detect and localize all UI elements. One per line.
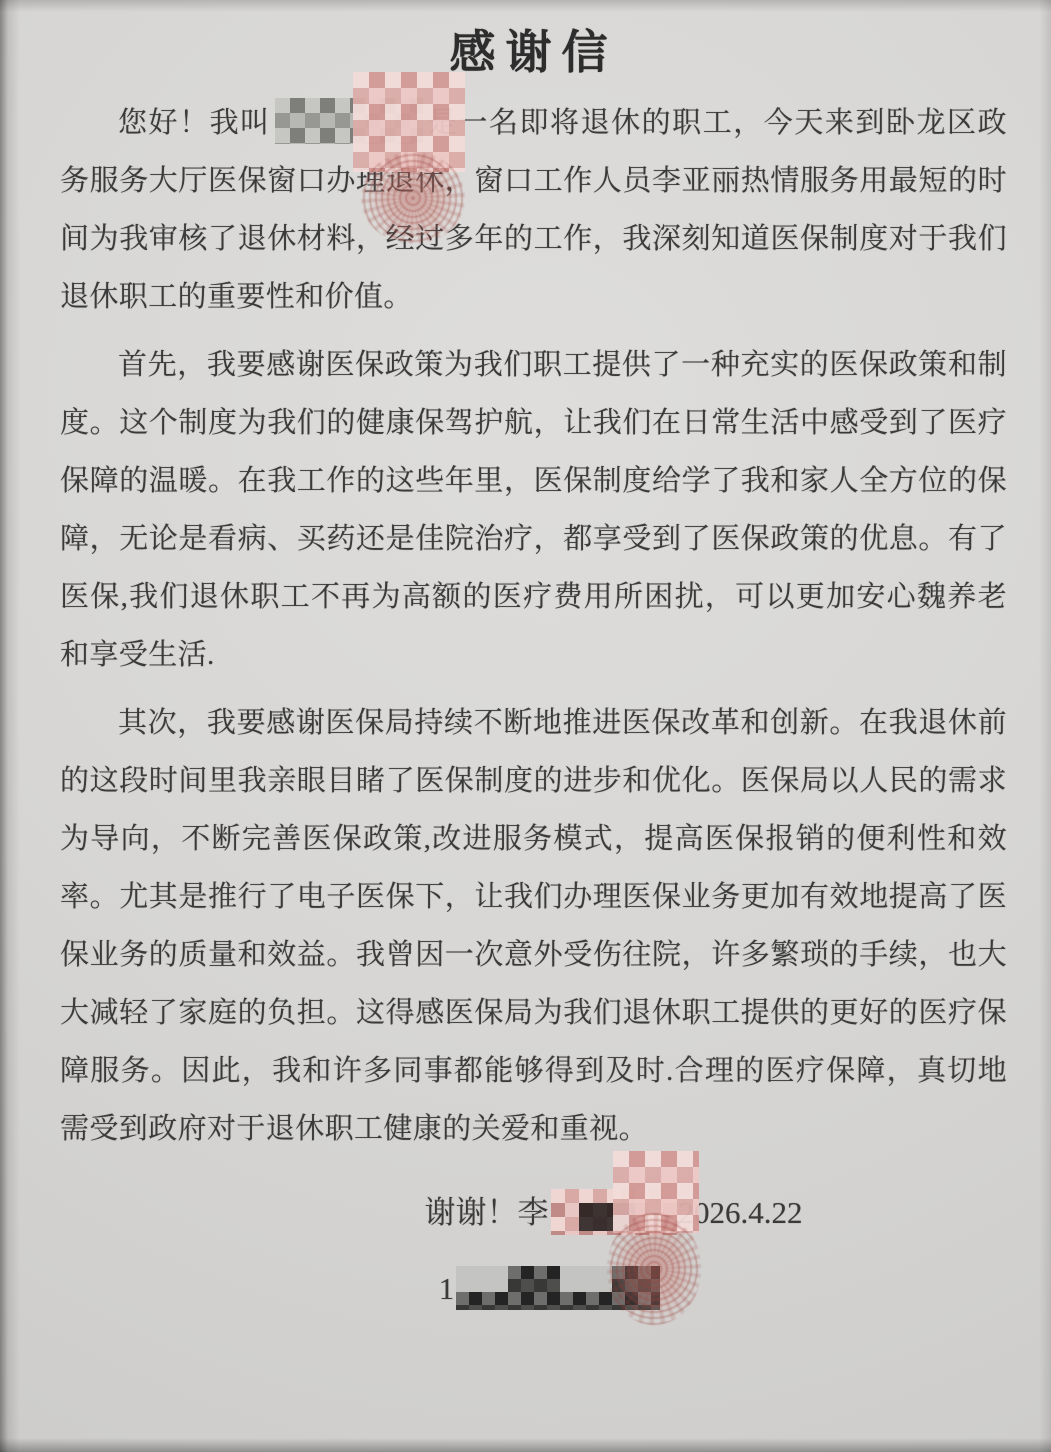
redacted-signature-name-mosaic <box>551 1189 677 1235</box>
redacted-name-mosaic <box>275 98 423 144</box>
paragraph-first-thanks: 首先，我要感谢医保政策为我们职工提供了一种充实的医保政策和制度。这个制度为我们的… <box>60 336 1007 684</box>
redacted-phone-mosaic <box>456 1266 660 1310</box>
greeting-text-before-name: 您好！我叫 <box>118 107 271 139</box>
signature-date: 2026.4.22 <box>679 1195 803 1230</box>
letter-content: 感谢信 您好！我叫是一名即将退休的职工，今天来到卧龙区政务服务大厅医保窗口办理退… <box>0 0 1051 1318</box>
signature-thanks-label: 谢谢！李 <box>425 1195 549 1230</box>
paragraph-greeting: 您好！我叫是一名即将退休的职工，今天来到卧龙区政务服务大厅医保窗口办理退休，窗口… <box>60 94 1007 326</box>
phone-line: 1 <box>76 1260 1023 1318</box>
signature-line: 谢谢！李2026.4.22 <box>140 1184 1051 1242</box>
letter-title: 感谢信 <box>60 22 1007 84</box>
letter-page: 感谢信 您好！我叫是一名即将退休的职工，今天来到卧龙区政务服务大厅医保窗口办理退… <box>0 0 1051 1452</box>
paragraph-second-thanks: 其次，我要感谢医保局持续不断地推进医保改革和创新。在我退休前的这段时间里我亲眼目… <box>60 694 1007 1158</box>
phone-prefix: 1 <box>439 1271 455 1306</box>
